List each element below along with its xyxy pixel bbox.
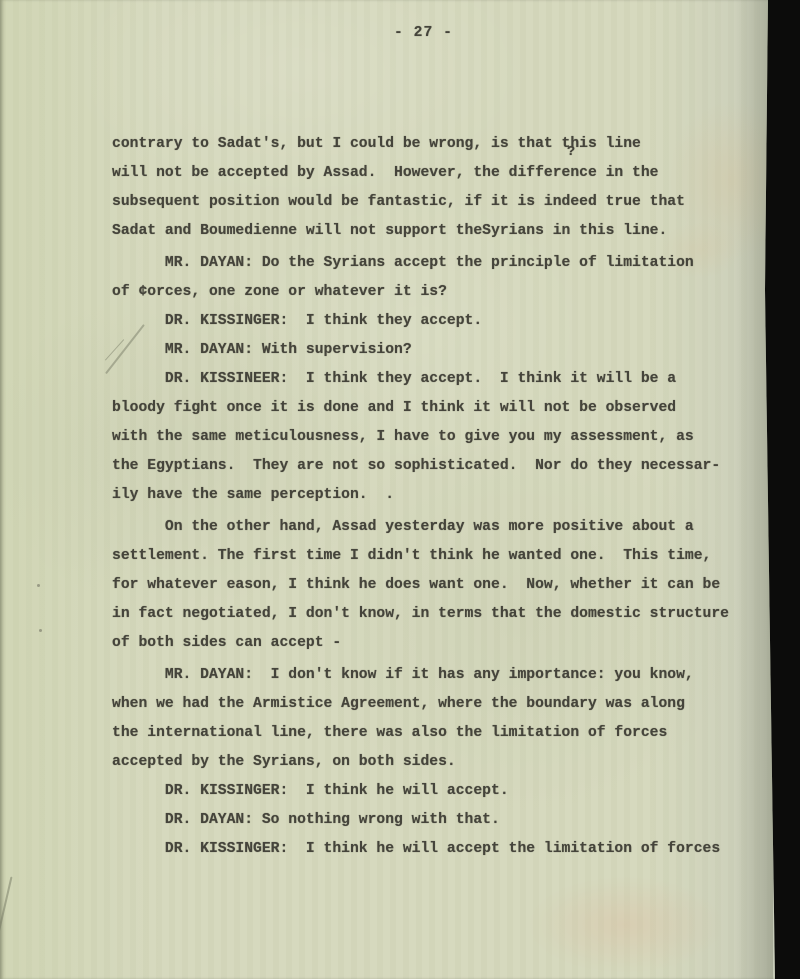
margin-dot <box>39 629 42 632</box>
text-line: DR. KISSINEER: I think they accept. I th… <box>112 365 752 394</box>
text-line: DR. KISSINGER: I think he will accept th… <box>112 835 752 864</box>
text-line: contrary to Sadat's, but I could be wron… <box>112 130 752 159</box>
text-line: MR. DAYAN: With supervision? <box>112 336 752 365</box>
text-line: On the other hand, Assad yesterday was m… <box>112 513 752 542</box>
document-lines: contrary to Sadat's, but I could be wron… <box>112 130 752 864</box>
text-line: ily have the same perception. . <box>112 481 752 510</box>
text-line: settlement. The first time I didn't thin… <box>112 542 752 571</box>
paper-crease-mark <box>0 877 12 934</box>
page-number: - 27 - <box>394 25 453 41</box>
text-line: will not be accepted by Assad. However, … <box>112 159 752 188</box>
text-line: MR. DAYAN: I don't know if it has any im… <box>112 661 752 690</box>
text-line: Sadat and Boumedienne will not support t… <box>112 217 752 246</box>
text-line: of ¢orces, one zone or whatever it is? <box>112 278 752 307</box>
text-line: of both sides can accept - <box>112 629 752 658</box>
document-page: - 27 - ? contrary to Sadat's, but I coul… <box>0 0 800 979</box>
text-line: DR. KISSINGER: I think he will accept. <box>112 777 752 806</box>
text-line: the Egyptians. They are not so sophistic… <box>112 452 752 481</box>
scanned-document: { "page": { "number_label": "- 27 -", "s… <box>0 0 800 979</box>
text-line: MR. DAYAN: Do the Syrians accept the pri… <box>112 249 752 278</box>
text-line: with the same meticulousness, I have to … <box>112 423 752 452</box>
margin-dot <box>37 584 40 587</box>
text-line: DR. KISSINGER: I think they accept. <box>112 307 752 336</box>
text-line: DR. DAYAN: So nothing wrong with that. <box>112 806 752 835</box>
text-line: bloody fight once it is done and I think… <box>112 394 752 423</box>
text-line: the international line, there was also t… <box>112 719 752 748</box>
text-line: accepted by the Syrians, on both sides. <box>112 748 752 777</box>
text-line: subsequent position would be fantastic, … <box>112 188 752 217</box>
text-line: for whatever eason, I think he does want… <box>112 571 752 600</box>
text-line: in fact negotiated, I don't know, in ter… <box>112 600 752 629</box>
text-line: when we had the Armistice Agreement, whe… <box>112 690 752 719</box>
